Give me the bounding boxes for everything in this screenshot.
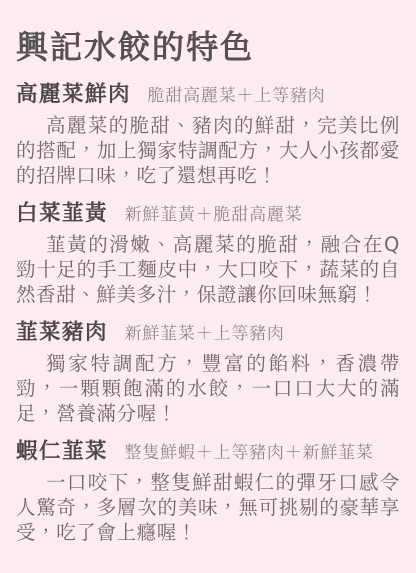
flavor-ingredients: 脆甜高麗菜＋上等豬肉 bbox=[148, 86, 326, 106]
flavor-description: 一口咬下，整隻鮮甜蝦仁的彈牙口感令人驚奇，多層次的美味，無可挑剔的豪華享受，吃了… bbox=[16, 470, 400, 545]
flavor-description: 高麗菜的脆甜、豬肉的鮮甜，完美比例的搭配，加上獨家特調配方，大人小孩都愛的招牌口… bbox=[16, 113, 400, 188]
section-heading: 蝦仁韮菜 整隻鮮蝦＋上等豬肉＋新鮮韮菜 bbox=[16, 439, 400, 466]
flavor-name: 韮菜豬肉 bbox=[16, 320, 108, 345]
dumpling-section-napa-chive-yellow: 白菜韮黃 新鮮韮黃＋脆甜高麗菜 韮黃的滑嫩、高麗菜的脆甜，融合在Q勁十足的手工麵… bbox=[16, 201, 400, 307]
section-heading: 高麗菜鮮肉 脆甜高麗菜＋上等豬肉 bbox=[16, 82, 400, 109]
flavor-description: 韮黃的滑嫩、高麗菜的脆甜，融合在Q勁十足的手工麵皮中，大口咬下，蔬菜的自然香甜、… bbox=[16, 232, 400, 307]
flavor-name: 白菜韮黃 bbox=[16, 201, 108, 226]
flavor-ingredients: 新鮮韮黃＋脆甜高麗菜 bbox=[125, 205, 303, 225]
page-title: 興記水餃的特色 bbox=[16, 30, 400, 64]
section-heading: 韮菜豬肉 新鮮韮菜＋上等豬肉 bbox=[16, 320, 400, 347]
dumpling-features-page: 興記水餃的特色 高麗菜鮮肉 脆甜高麗菜＋上等豬肉 高麗菜的脆甜、豬肉的鮮甜，完美… bbox=[0, 0, 416, 573]
flavor-description: 獨家特調配方，豐富的餡料，香濃帶勁，一顆顆飽滿的水餃，一口口大大的滿足，營養滿分… bbox=[16, 351, 400, 426]
flavor-name: 蝦仁韮菜 bbox=[16, 439, 108, 464]
section-heading: 白菜韮黃 新鮮韮黃＋脆甜高麗菜 bbox=[16, 201, 400, 228]
flavor-ingredients: 新鮮韮菜＋上等豬肉 bbox=[125, 324, 285, 344]
dumpling-section-chive-pork: 韮菜豬肉 新鮮韮菜＋上等豬肉 獨家特調配方，豐富的餡料，香濃帶勁，一顆顆飽滿的水… bbox=[16, 320, 400, 426]
dumpling-section-shrimp-chive: 蝦仁韮菜 整隻鮮蝦＋上等豬肉＋新鮮韮菜 一口咬下，整隻鮮甜蝦仁的彈牙口感令人驚奇… bbox=[16, 439, 400, 545]
flavor-name: 高麗菜鮮肉 bbox=[16, 82, 131, 107]
dumpling-section-cabbage-pork: 高麗菜鮮肉 脆甜高麗菜＋上等豬肉 高麗菜的脆甜、豬肉的鮮甜，完美比例的搭配，加上… bbox=[16, 82, 400, 188]
flavor-ingredients: 整隻鮮蝦＋上等豬肉＋新鮮韮菜 bbox=[125, 443, 374, 463]
